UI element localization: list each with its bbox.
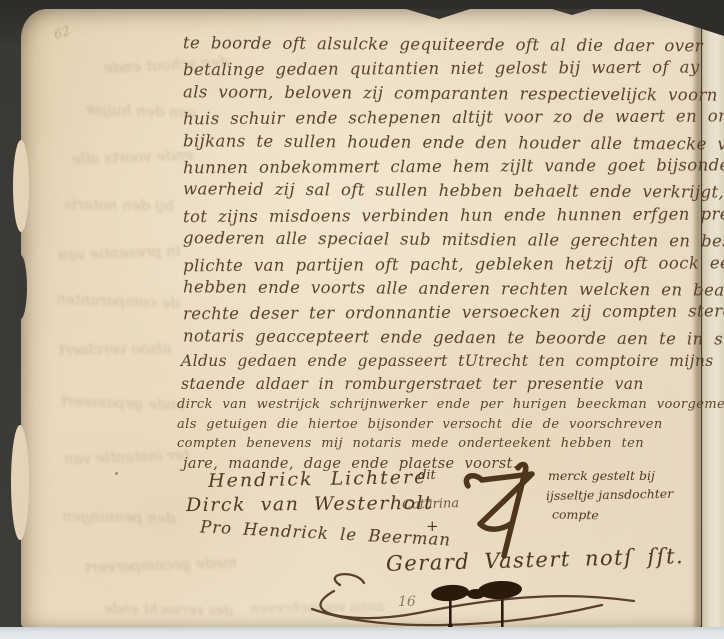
body-line: hebben ende voorts alle anderen rechten …	[183, 275, 705, 303]
merk-stroke	[480, 523, 512, 529]
paper-edge-bump	[11, 425, 29, 540]
scan-bottom-strip	[0, 627, 724, 639]
flourish-stroke	[312, 605, 602, 625]
ink-drip	[449, 599, 452, 625]
body-line: te boorde oft alsulcke gequiteerde oft a…	[183, 31, 705, 59]
body-line: waerheid zij sal oft sullen hebben behae…	[183, 178, 705, 206]
body-line: huis schuir ende schepenen altijt voor z…	[183, 105, 705, 132]
closing-line: Aldus gedaen ende gepasseert tUtrecht te…	[181, 350, 705, 373]
manuscript-text-block: te boorde oft alsulcke gequiteerde oft a…	[183, 33, 705, 475]
closing-line: als getuigen die hiertoe bijsonder verso…	[177, 415, 705, 434]
ghost-line: van den huijse	[86, 100, 197, 122]
closing-line: compten benevens mij notaris mede ondert…	[177, 434, 705, 453]
merk-stroke	[480, 476, 530, 524]
body-line: tot zijns misdoens verbinden hun ende hu…	[183, 202, 705, 229]
handmerk-icon	[452, 460, 547, 565]
ghost-line: des versocht ende	[104, 601, 233, 619]
body-line: goederen alle speciael sub mitsdien alle…	[183, 227, 705, 255]
ghost-line: bij den notaris	[64, 195, 174, 215]
signature-dirck: Dirck van Westerholt	[186, 492, 433, 516]
body-line: rechte deser ter ordonnantie versoecken …	[183, 300, 705, 327]
ink-speck	[115, 472, 118, 475]
body-line: bijkans te sullen houden ende den houder…	[183, 129, 705, 157]
ghost-line: alsoo verclaert	[58, 339, 171, 359]
mark-caption-line: merck gestelt bij	[548, 468, 655, 483]
paper-edge-bump	[13, 140, 29, 232]
body-line: notaris geaccepteert ende gedaen te beoo…	[183, 324, 705, 352]
mark-cross: +	[426, 517, 439, 535]
ink-blot	[467, 589, 485, 599]
ink-blot	[478, 580, 523, 600]
closing-line: dirck van westrijck schrijnwerker ende p…	[177, 395, 705, 414]
manuscript-scan: 62 den schout ende van den huijse ende v…	[0, 0, 724, 639]
mark-caption-line: ijsseltje jansdochter	[546, 486, 673, 503]
closing-line: staende aldaer in romburgerstraet ter pr…	[181, 373, 705, 396]
mark-label-dit: dit	[418, 468, 436, 483]
mark-caption-line: compte	[552, 507, 599, 523]
body-line: als voorn, beloven zij comparanten respe…	[183, 80, 705, 108]
body-line: betalinge gedaen quitantien niet gelost …	[183, 56, 705, 83]
paper-edge-bite	[14, 255, 27, 319]
ghost-line: den penningen	[62, 507, 176, 527]
signature-hendrick: Hendrick Lichtere	[208, 466, 428, 492]
body-line: plichte van partijen oft pacht, gebleken…	[183, 251, 705, 278]
flourish-stroke	[335, 574, 364, 585]
mark-label-name: Catarina	[402, 496, 460, 513]
body-line: hunnen onbekommert clame hem zijlt vande…	[183, 154, 705, 181]
